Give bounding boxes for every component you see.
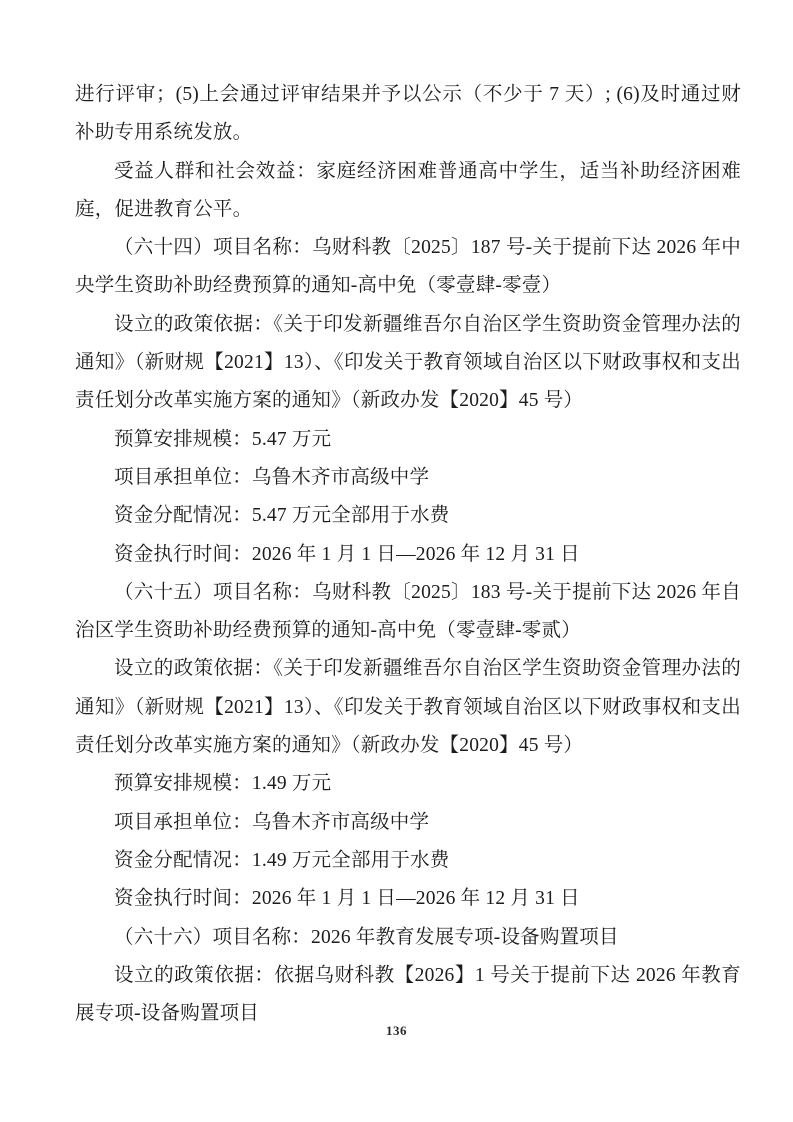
text-line: 资金执行时间：2026 年 1 月 1 日—2026 年 12 月 31 日 [75, 536, 741, 574]
page-footer: 136 [0, 1022, 793, 1040]
document-page: 进行评审；(5)上会通过评审结果并予以公示（不少于 7 天）; (6)及时通过财… [0, 0, 793, 1122]
text-line: 资金执行时间：2026 年 1 月 1 日—2026 年 12 月 31 日 [75, 880, 741, 918]
text-line: 资金分配情况：1.49 万元全部用于水费 [75, 842, 741, 880]
text-line: 受益人群和社会效益：家庭经济困难普通高中学生，适当补助经济困难家 [75, 153, 741, 191]
text-line: 进行评审；(5)上会通过评审结果并予以公示（不少于 7 天）; (6)及时通过财… [75, 76, 741, 114]
text-line: 庭，促进教育公平。 [75, 191, 741, 229]
text-line: 治区学生资助补助经费预算的通知-高中免（零壹肆-零贰） [75, 612, 741, 650]
text-line: （六十五）项目名称：乌财科教〔2025〕183 号-关于提前下达 2026 年自 [75, 574, 741, 612]
text-line: 预算安排规模：5.47 万元 [75, 421, 741, 459]
text-line: 设立的政策依据：《关于印发新疆维吾尔自治区学生资助资金管理办法的 [75, 650, 741, 688]
text-line: 补助专用系统发放。 [75, 114, 741, 152]
text-line: （六十六）项目名称：2026 年教育发展专项-设备购置项目 [75, 919, 741, 957]
text-line: 责任划分改革实施方案的通知》（新政办发【2020】45 号） [75, 727, 741, 765]
text-line: 设立的政策依据：《关于印发新疆维吾尔自治区学生资助资金管理办法的 [75, 306, 741, 344]
text-line: 预算安排规模：1.49 万元 [75, 765, 741, 803]
text-line: 设立的政策依据：依据乌财科教【2026】1 号关于提前下达 2026 年教育发 [75, 957, 741, 995]
text-line: 责任划分改革实施方案的通知》（新政办发【2020】45 号） [75, 382, 741, 420]
text-line: （六十四）项目名称：乌财科教〔2025〕187 号-关于提前下达 2026 年中 [75, 229, 741, 267]
text-line: 资金分配情况：5.47 万元全部用于水费 [75, 497, 741, 535]
text-line: 央学生资助补助经费预算的通知-高中免（零壹肆-零壹） [75, 267, 741, 305]
text-line: 通知》（新财规【2021】13）、《印发关于教育领域自治区以下财政事权和支出 [75, 344, 741, 382]
page-body-text: 进行评审；(5)上会通过评审结果并予以公示（不少于 7 天）; (6)及时通过财… [75, 76, 741, 1033]
page-number: 136 [386, 1023, 407, 1038]
text-line: 项目承担单位：乌鲁木齐市高级中学 [75, 459, 741, 497]
text-line: 项目承担单位：乌鲁木齐市高级中学 [75, 804, 741, 842]
text-line: 通知》（新财规【2021】13）、《印发关于教育领域自治区以下财政事权和支出 [75, 689, 741, 727]
